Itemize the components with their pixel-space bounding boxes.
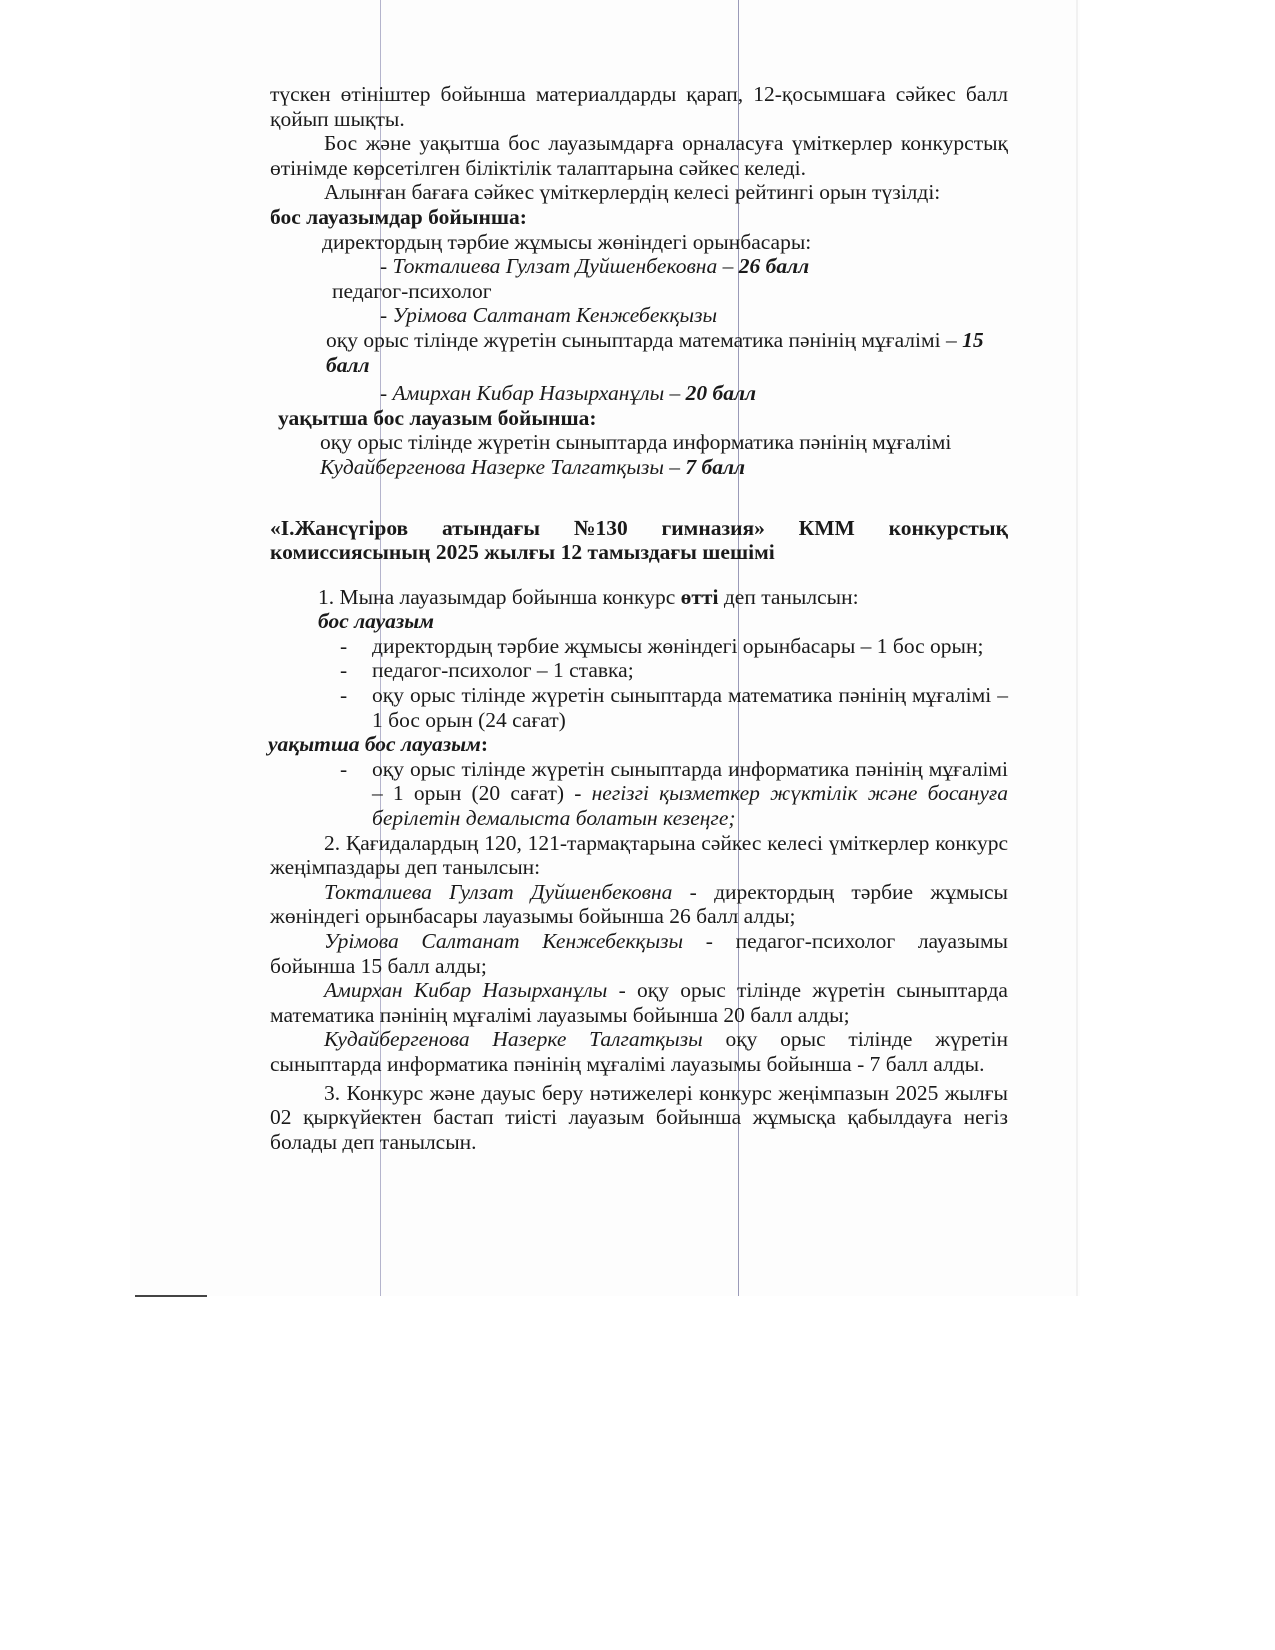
vacant-list-item: - оқу орыс тілінде жүретін сыныптарда ма…	[270, 683, 1008, 732]
intro-paragraph-ranking: Алынған бағаға сәйкес үміткерлердің келе…	[270, 180, 1008, 205]
winner-entry: Кудайбергенова Назерке Талгатқызы оқу ор…	[270, 1027, 1008, 1076]
vacant-list-item: - директордың тәрбие жұмысы жөніндегі ор…	[270, 634, 1008, 659]
intro-paragraph-eligibility: Бос және уақытша бос лауазымдарға орнала…	[270, 131, 1008, 180]
winner-name: Амирхан Кибар Назырханұлы	[324, 978, 607, 1002]
candidate-entry: - Амирхан Кибар Назырханұлы – 20 балл	[270, 381, 1008, 406]
candidate-score: 20 балл	[686, 381, 756, 405]
decision-title-line2: комиссиясының 2025 жылғы 12 тамыздағы ше…	[270, 540, 1008, 565]
position-title: оқу орыс тілінде жүретін сыныптарда инфо…	[270, 430, 1008, 455]
item-1-statement: 1. Мына лауазымдар бойынша конкурс өтті …	[270, 585, 1008, 610]
candidate-name: - Токталиева Гулзат Дуйшенбековна –	[380, 254, 733, 278]
candidate-name: Кудайбергенова Назерке Талгатқызы –	[320, 455, 680, 479]
vacant-label: бос лауазым	[270, 609, 1008, 634]
position-title-with-score: оқу орыс тілінде жүретін сыныптарда мате…	[270, 328, 1008, 377]
candidate-name: - Урімова Салтанат Кенжебекқызы	[380, 303, 717, 327]
winner-name: Кудайбергенова Назерке Талгатқызы	[324, 1027, 703, 1051]
temporary-label: уақытша бос лауазым:	[268, 732, 1008, 757]
vacant-positions-heading: бос лауазымдар бойынша:	[270, 205, 1008, 230]
candidate-entry: Кудайбергенова Назерке Талгатқызы – 7 ба…	[270, 455, 1008, 480]
candidate-score: 26 балл	[739, 254, 809, 278]
winner-name: Урімова Салтанат Кенжебекқызы	[324, 929, 683, 953]
vacant-list-item: - педагог-психолог – 1 ставка;	[270, 658, 1008, 683]
temporary-positions-heading: уақытша бос лауазым бойынша:	[270, 406, 1008, 431]
footnote-separator-line	[135, 1295, 207, 1297]
decision-title-line1: «І.Жансүгіров атындағы №130 гимназия» КМ…	[270, 516, 1008, 541]
item-3-statement: 3. Конкурс және дауыс беру нәтижелері ко…	[270, 1081, 1008, 1155]
candidate-score: 7 балл	[685, 455, 745, 479]
winner-entry: Урімова Салтанат Кенжебекқызы - педагог-…	[270, 929, 1008, 978]
winner-entry: Токталиева Гулзат Дуйшенбековна - директ…	[270, 880, 1008, 929]
temporary-list-item: - оқу орыс тілінде жүретін сыныптарда ин…	[270, 757, 1008, 831]
candidate-entry: - Урімова Салтанат Кенжебекқызы	[270, 303, 1008, 328]
bullet-dash: -	[340, 658, 372, 683]
intro-continuation: түскен өтініштер бойынша материалдарды қ…	[270, 82, 1008, 131]
scan-edge	[1076, 0, 1078, 1296]
bullet-dash: -	[340, 634, 372, 659]
bullet-dash: -	[340, 683, 372, 732]
bullet-dash: -	[340, 757, 372, 831]
winner-entry: Амирхан Кибар Назырханұлы - оқу орыс тіл…	[270, 978, 1008, 1027]
position-title: оқу орыс тілінде жүретін сыныптарда мате…	[326, 328, 957, 352]
position-title: директордың тәрбие жұмысы жөніндегі орын…	[270, 230, 1008, 255]
winner-name: Токталиева Гулзат Дуйшенбековна	[324, 880, 672, 904]
document-body: түскен өтініштер бойынша материалдарды қ…	[270, 82, 1008, 1154]
item-2-intro: 2. Қағидалардың 120, 121-тармақтарына сә…	[270, 831, 1008, 880]
decision-title: «І.Жансүгіров атындағы №130 гимназия» КМ…	[270, 516, 1008, 565]
candidate-entry: - Токталиева Гулзат Дуйшенбековна – 26 б…	[270, 254, 1008, 279]
candidate-name: - Амирхан Кибар Назырханұлы –	[380, 381, 680, 405]
position-title: педагог-психолог	[270, 279, 1008, 304]
